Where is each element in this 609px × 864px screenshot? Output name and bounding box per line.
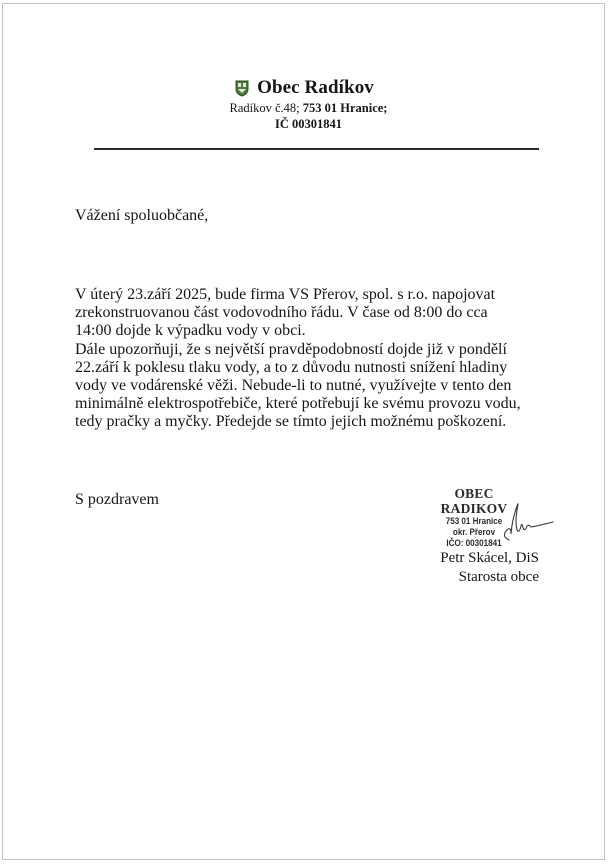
- letterhead-title-row: Obec Radíkov: [0, 76, 609, 100]
- closing: S pozdravem: [75, 491, 159, 509]
- letter-body: V úterý 23.září 2025, bude firma VS Přer…: [75, 286, 545, 432]
- signer-block: Petr Skácel, DiS Starosta obce: [425, 549, 539, 586]
- body-line: tedy pračky a myčky. Předejde se tímto j…: [75, 413, 545, 431]
- municipality-ico: IČ 00301841: [0, 116, 609, 132]
- signature-icon: [495, 496, 555, 542]
- letterhead: Obec Radíkov Radíkov č.48; 753 01 Hranic…: [0, 76, 609, 132]
- greeting: Vážení spoluobčané,: [75, 207, 208, 225]
- body-line: minimálně elektrospotřebiče, které potře…: [75, 395, 545, 413]
- body-line: vody ve vodárenské věži. Nebude-li to nu…: [75, 377, 545, 395]
- address-street: Radíkov č.48;: [230, 101, 303, 115]
- body-line: 22.září k poklesu tlaku vody, a to z dův…: [75, 359, 545, 377]
- coat-of-arms-icon: [235, 80, 249, 97]
- body-line: Dále upozorňuji, že s největší pravděpod…: [75, 341, 545, 359]
- signer-name: Petr Skácel, DiS: [425, 549, 539, 568]
- signer-role: Starosta obce: [425, 568, 539, 587]
- body-line: zrekonstruovanou část vodovodního řádu. …: [75, 304, 545, 322]
- letterhead-divider: [94, 148, 539, 150]
- municipality-address: Radíkov č.48; 753 01 Hranice;: [0, 101, 609, 116]
- body-line: V úterý 23.září 2025, bude firma VS Přer…: [75, 286, 545, 304]
- address-postal: 753 01 Hranice;: [303, 101, 388, 115]
- municipality-name: Obec Radíkov: [257, 77, 374, 99]
- body-line: 14:00 dojde k výpadku vody v obci.: [75, 322, 545, 340]
